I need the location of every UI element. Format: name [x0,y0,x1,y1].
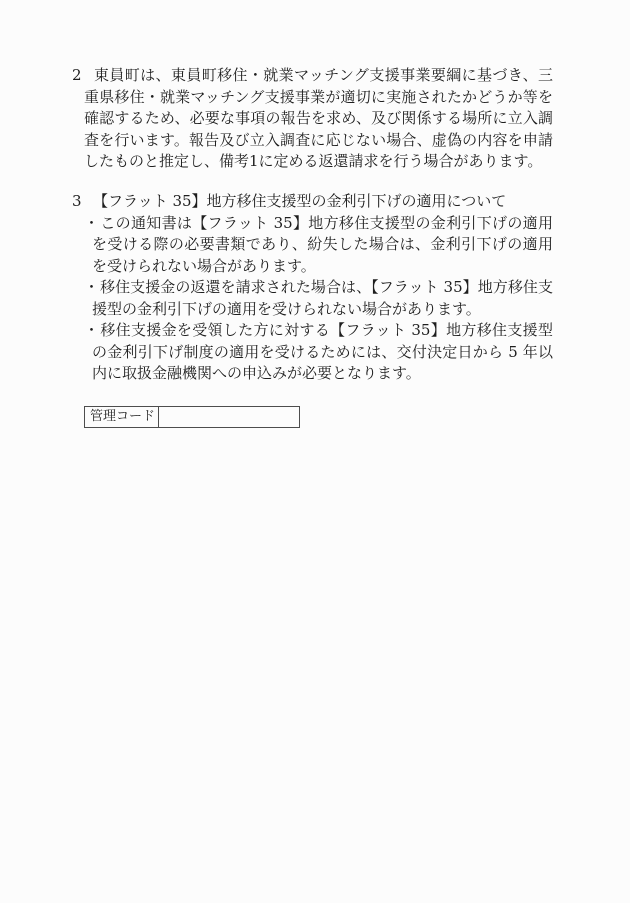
management-code-label: 管理コード [85,407,159,427]
section-2-number: 2 [72,65,94,87]
section-3-bullet-1: ・この通知書は【フラット 35】地方移住支援型の金利引下げの適用を受ける際の必要… [72,213,553,278]
section-3-bullet-3: ・移住支援金を受領した方に対する【フラット 35】地方移住支援型の金利引下げ制度… [72,320,553,385]
section-3-heading: 【フラット 35】地方移住支援型の金利引下げの適用について [72,191,553,213]
section-3-bullet-1-text: この通知書は【フラット 35】地方移住支援型の金利引下げの適用を受ける際の必要書… [92,214,553,275]
bullet-dot-icon: ・ [84,214,100,232]
management-code-value [159,407,299,427]
section-3-bullet-3-text: 移住支援金を受領した方に対する【フラット 35】地方移住支援型の金利引下げ制度の… [92,321,553,382]
section-3-number: 3 [72,191,94,213]
section-3: 3 【フラット 35】地方移住支援型の金利引下げの適用について ・この通知書は【… [72,191,553,385]
bullet-dot-icon: ・ [84,278,100,296]
section-2: 2 東員町は、東員町移住・就業マッチング支援事業要綱に基づき、三重県移住・就業マ… [72,65,553,173]
section-2-paragraph: 東員町は、東員町移住・就業マッチング支援事業要綱に基づき、三重県移住・就業マッチ… [72,65,553,173]
section-3-bullet-2: ・移住支援金の返還を請求された場合は、【フラット 35】地方移住支援型の金利引下… [72,277,553,320]
section-3-bullet-2-text: 移住支援金の返還を請求された場合は、【フラット 35】地方移住支援型の金利引下げ… [92,278,553,318]
bullet-dot-icon: ・ [84,321,100,339]
document-page: 2 東員町は、東員町移住・就業マッチング支援事業要綱に基づき、三重県移住・就業マ… [0,0,630,903]
management-code-table: 管理コード [84,406,300,428]
